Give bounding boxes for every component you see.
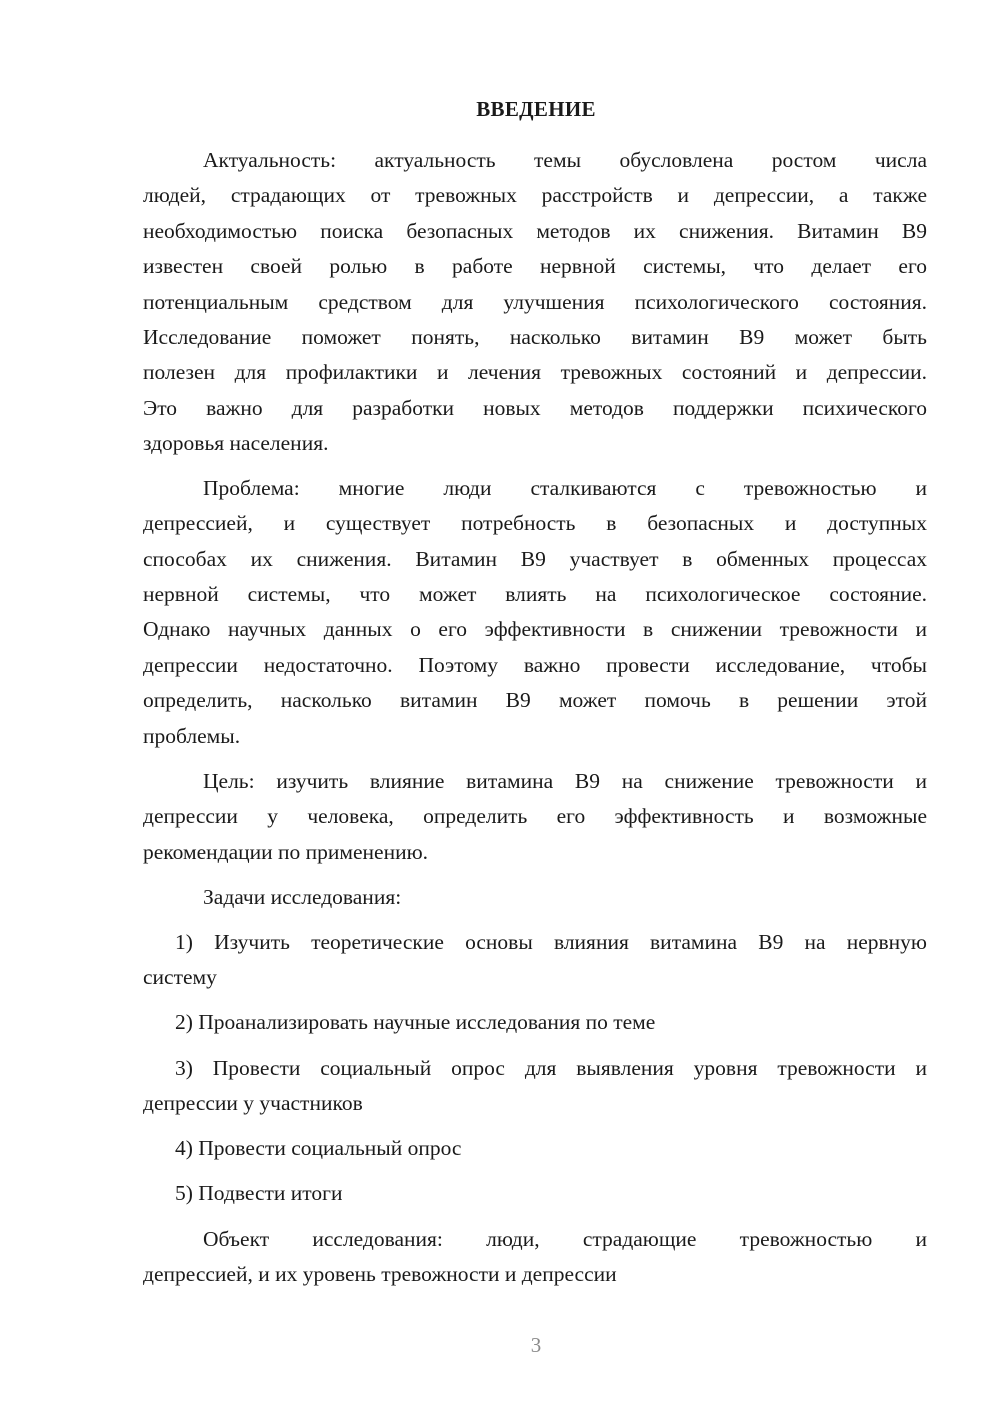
text-line: Это важно для разработки новых методов п… <box>143 393 927 423</box>
text-line: 3) Провести социальный опрос для выявлен… <box>175 1053 927 1083</box>
text-line: 1) Изучить теоретические основы влияния … <box>175 927 927 957</box>
text-line: депрессией, и существует потребность в б… <box>143 508 927 538</box>
text-line: депрессии у человека, определить его эфф… <box>143 801 927 831</box>
text-line: 2) Проанализировать научные исследования… <box>175 1007 927 1037</box>
text-line: Проблема: многие люди сталкиваются с тре… <box>203 473 927 503</box>
text-line: нервной системы, что может влиять на пси… <box>143 579 927 609</box>
text-line: депрессией, и их уровень тревожности и д… <box>143 1259 927 1289</box>
text-line: депрессии у участников <box>143 1088 927 1118</box>
text-line: здоровья населения. <box>143 428 927 458</box>
text-line: 4) Провести социальный опрос <box>175 1133 927 1163</box>
text-line: Актуальность: актуальность темы обусловл… <box>203 145 927 175</box>
document-page: ВВЕДЕНИЕ Актуальность: актуальность темы… <box>0 0 1000 1414</box>
text-line: необходимостью поиска безопасных методов… <box>143 216 927 246</box>
text-line: Объект исследования: люди, страдающие тр… <box>203 1224 927 1254</box>
text-line: рекомендации по применению. <box>143 837 927 867</box>
text-line: Исследование поможет понять, насколько в… <box>143 322 927 352</box>
text-line: депрессии недостаточно. Поэтому важно пр… <box>143 650 927 680</box>
text-line: систему <box>143 962 927 992</box>
text-line: Цель: изучить влияние витамина В9 на сни… <box>203 766 927 796</box>
text-line: 5) Подвести итоги <box>175 1178 927 1208</box>
text-line: способах их снижения. Витамин В9 участву… <box>143 544 927 574</box>
text-line: потенциальным средством для улучшения пс… <box>143 287 927 317</box>
text-line: известен своей ролью в работе нервной си… <box>143 251 927 281</box>
text-line: людей, страдающих от тревожных расстройс… <box>143 180 927 210</box>
text-line: определить, насколько витамин В9 может п… <box>143 685 927 715</box>
text-line: проблемы. <box>143 721 927 751</box>
text-line: полезен для профилактики и лечения трево… <box>143 357 927 387</box>
text-line: Однако научных данных о его эффективност… <box>143 614 927 644</box>
page-number: 3 <box>0 1333 1000 1358</box>
tasks-heading: Задачи исследования: <box>203 882 927 912</box>
page-title: ВВЕДЕНИЕ <box>0 97 1000 122</box>
